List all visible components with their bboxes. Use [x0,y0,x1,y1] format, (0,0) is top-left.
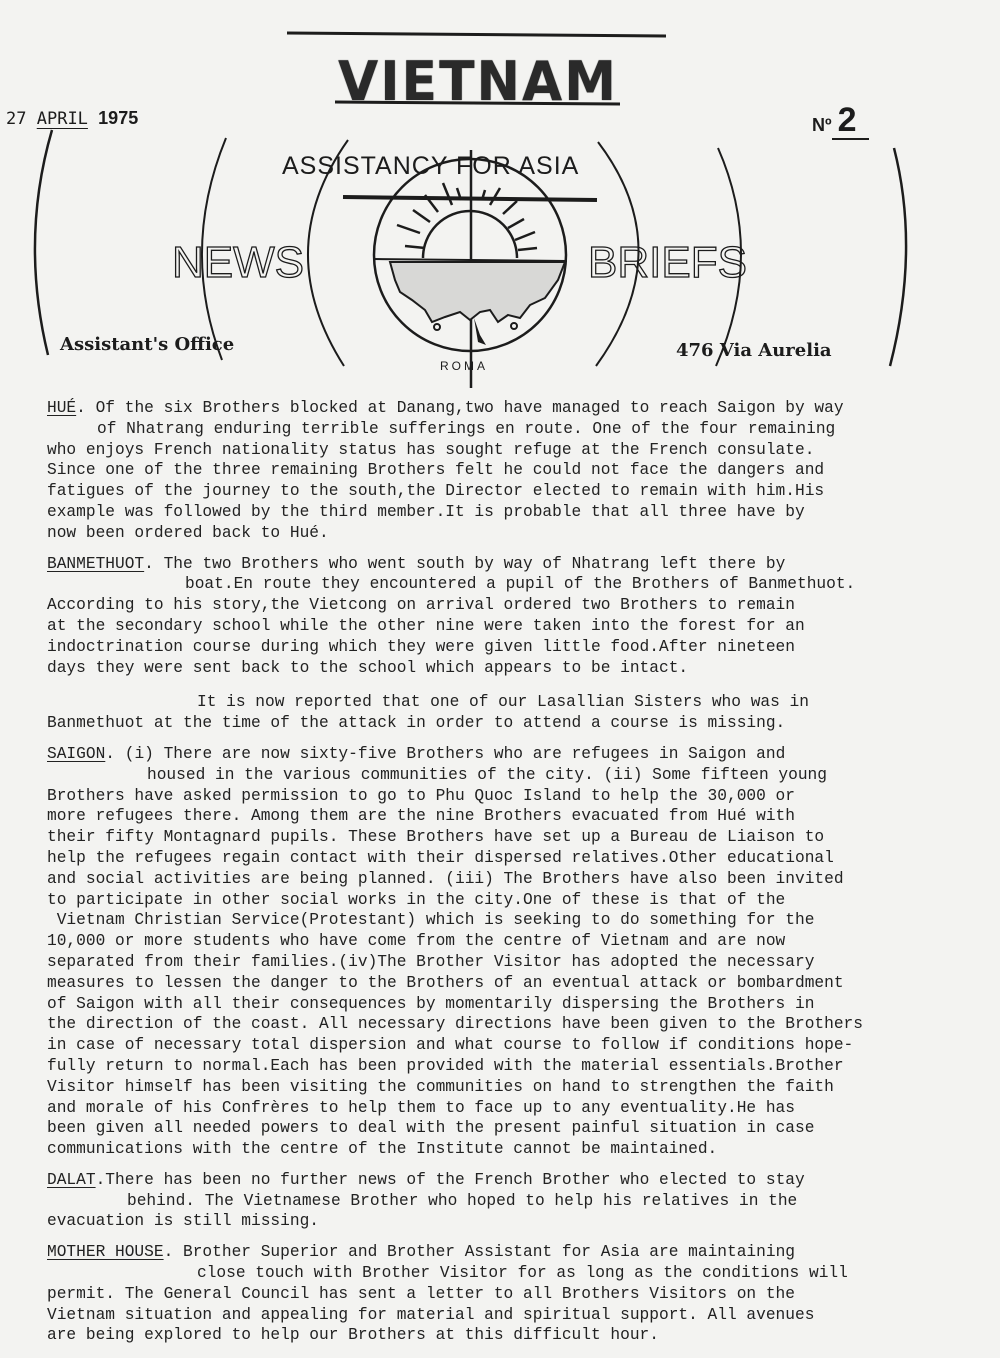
section-mother-house: MOTHER HOUSE. Brother Superior and Broth… [47,1242,997,1346]
news-word: NEWS [172,238,304,288]
top-rule [287,33,666,36]
briefs-word: BRIEFS [588,238,747,288]
office-label: Assistant's Office [60,334,234,355]
section-hue: HUÉ. Of the six Brothers blocked at Dana… [47,398,997,544]
news-body: HUÉ. Of the six Brothers blocked at Dana… [47,398,997,1356]
issue-number: Nº2 [812,102,869,140]
section-dalat: DALAT.There has been no further news of … [47,1170,997,1232]
section-heading: MOTHER HOUSE [47,1243,164,1261]
masthead: VIETNAM 27 APRIL 1975 Nº2 ASSISTANCY FOR… [0,0,1000,390]
section-heading: SAIGON [47,745,105,763]
issue-date: 27 APRIL 1975 [6,108,138,129]
section-heading: BANMETHUOT [47,555,144,573]
bracket-right-outer [890,148,906,366]
date-year: 1975 [98,108,138,128]
section-heading: DALAT [47,1171,96,1189]
section-banmethuot: BANMETHUOT. The two Brothers who went so… [47,554,997,734]
address-label: 476 Via Aurelia [676,340,832,361]
emblem-caption: ROMA [440,359,488,373]
newsletter-page: VIETNAM 27 APRIL 1975 Nº2 ASSISTANCY FOR… [0,0,1000,1358]
date-month: APRIL [37,109,88,129]
section-saigon: SAIGON. (i) There are now sixty-five Bro… [47,744,997,1160]
bracket-left-outer [35,130,52,355]
emblem-globe-icon [343,150,597,388]
newsletter-title: VIETNAM [333,51,623,114]
assistancy-heading: ASSISTANCY FOR ASIA [282,152,579,181]
section-heading: HUÉ [47,399,76,417]
issue-number-value: 2 [832,102,869,140]
date-day: 27 [6,109,26,129]
issue-label: Nº [812,115,832,135]
